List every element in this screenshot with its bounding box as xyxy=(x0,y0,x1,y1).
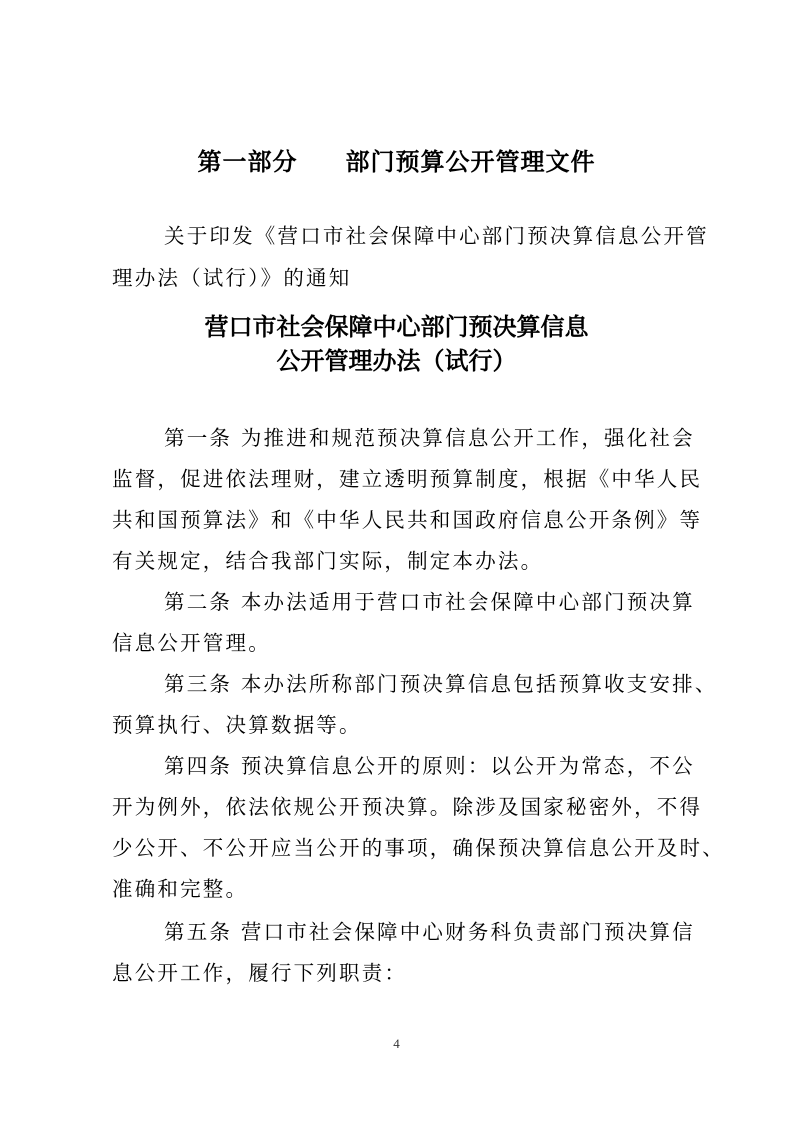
article-3-line: 第三条 本办法所称部门预决算信息包括预算收支安排、 xyxy=(164,670,718,698)
part-label: 第一部分 xyxy=(198,148,298,176)
document-title-line: 公开管理办法（试行） xyxy=(0,341,793,376)
article-5-line: 息公开工作，履行下列职责： xyxy=(112,959,407,987)
article-2-line: 信息公开管理。 xyxy=(112,629,271,657)
part-title: 部门预算公开管理文件 xyxy=(346,148,596,176)
page-number: 4 xyxy=(0,1036,793,1052)
article-4-line: 开为例外，依法依规公开预决算。除涉及国家秘密外，不得 xyxy=(112,793,702,821)
article-1-line: 监督，促进依法理财，建立透明预算制度，根据《中华人民 xyxy=(112,465,702,493)
notice-line: 理办法（试行）》的通知 xyxy=(112,264,351,292)
article-1-line: 有关规定，结合我部门实际，制定本办法。 xyxy=(112,547,543,575)
article-4-line: 第四条 预决算信息公开的原则：以公开为常态，不公 xyxy=(164,752,695,780)
document-title-line: 营口市社会保障中心部门预决算信息 xyxy=(0,307,793,342)
article-1-line: 共和国预算法》和《中华人民共和国政府信息公开条例》等 xyxy=(112,506,702,534)
part-heading: 第一部分部门预算公开管理文件 xyxy=(0,142,793,177)
article-4-line: 准确和完整。 xyxy=(112,875,248,903)
document-page: 第一部分部门预算公开管理文件 关于印发《营口市社会保障中心部门预决算信息公开管 … xyxy=(0,0,793,1122)
article-3-line: 预算执行、决算数据等。 xyxy=(112,711,362,739)
article-5-line: 第五条 营口市社会保障中心财务科负责部门预决算信 xyxy=(164,918,695,946)
article-1-line: 第一条 为推进和规范预决算信息公开工作，强化社会 xyxy=(164,424,695,452)
article-2-line: 第二条 本办法适用于营口市社会保障中心部门预决算 xyxy=(164,588,695,616)
article-4-line: 少公开、不公开应当公开的事项，确保预决算信息公开及时、 xyxy=(112,834,725,862)
notice-line: 关于印发《营口市社会保障中心部门预决算信息公开管 xyxy=(164,222,709,250)
